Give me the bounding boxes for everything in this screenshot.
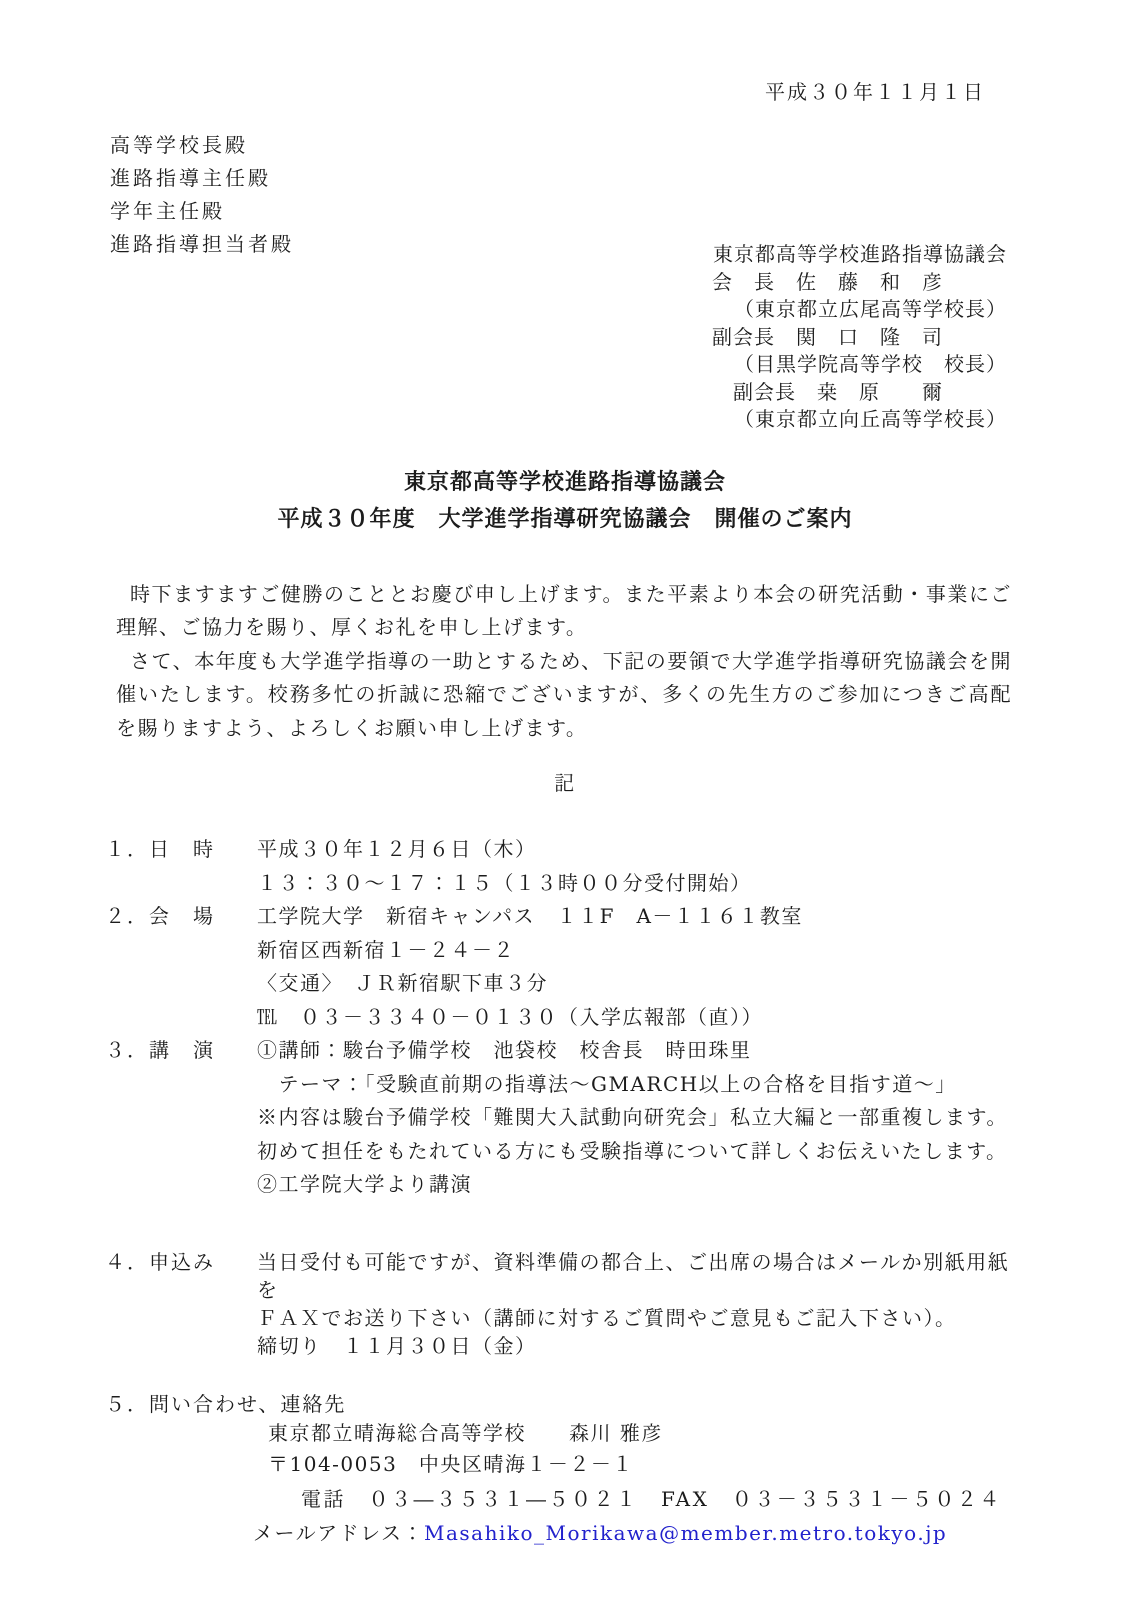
venue-address: 新宿区西新宿１－２４－２	[257, 934, 1030, 968]
item-label-lecture: ３．講 演	[105, 1034, 257, 1202]
list-item-datetime: １．日 時 平成３０年１２月６日（木） １３：３０～１７：１５（１３時００分受付…	[105, 833, 1130, 900]
greeting-paragraph-1: 時下ますますご健勝のこととお慶び申し上げます。また平素より本会の研究活動・事業に…	[116, 578, 1012, 645]
recipient-line: 高等学校長殿	[110, 129, 1130, 162]
venue-name: 工学院大学 新宿キャンパス １１F A－１１６１教室	[257, 900, 1030, 934]
lecture-note-1: ※内容は駿台予備学校「難関大入試動向研究会」私立大編と一部重複します。	[257, 1101, 1030, 1135]
item-content-datetime: 平成３０年１２月６日（木） １３：３０～１７：１５（１３時００分受付開始）	[257, 833, 1130, 900]
venue-tel: ℡ ０３－３３４０－０１３０（入学広報部（直））	[257, 1001, 1030, 1035]
list-item-contact: ５．問い合わせ、連絡先 東京都立晴海総合高等学校 森川 雅彦 〒104-0053…	[105, 1390, 1130, 1548]
datetime-hours: １３：３０～１７：１５（１３時００分受付開始）	[257, 867, 1030, 901]
lecture-speaker: ①講師：駿台予備学校 池袋校 校舎長 時田珠里	[257, 1034, 1030, 1068]
title-organization: 東京都高等学校進路指導協議会	[0, 464, 1130, 501]
item-label-application: ４．申込み	[105, 1248, 257, 1360]
application-line-2: ＦＡＸでお送り下さい（講師に対するご質問やご意見もご記入下さい）。	[257, 1304, 1030, 1332]
lecture-second: ②工学院大学より講演	[257, 1168, 1030, 1202]
document-title: 東京都高等学校進路指導協議会 平成３０年度 大学進学指導研究協議会 開催のご案内	[0, 464, 1130, 538]
item-content-application: 当日受付も可能ですが、資料準備の都合上、ご出席の場合はメールか別紙用紙を ＦＡＸ…	[257, 1248, 1130, 1360]
document-page: 平成３０年１１月１日 高等学校長殿 進路指導主任殿 学年主任殿 進路指導担当者殿…	[0, 0, 1130, 1600]
list-item-lecture: ３．講 演 ①講師：駿台予備学校 池袋校 校舎長 時田珠里 テーマ：「受験直前期…	[105, 1034, 1130, 1202]
lecture-note-2: 初めて担任をもたれている方にも受験指導について詳しくお伝えいたします。	[257, 1135, 1030, 1169]
lecture-theme: テーマ：「受験直前期の指導法～GMARCH以上の合格を目指す道～」	[257, 1068, 1030, 1102]
sender-vice-chairman2-affiliation: （東京都立向丘高等学校長）	[0, 406, 1007, 434]
list-item-venue: ２．会 場 工学院大学 新宿キャンパス １１F A－１１６１教室 新宿区西新宿１…	[105, 900, 1130, 1034]
sender-chairman-name: 会 長 佐 藤 和 彦	[0, 269, 1007, 297]
item-label-contact: ５．問い合わせ、連絡先	[105, 1390, 1130, 1419]
contact-email-line: メールアドレス：Masahiko_Morikawa@member.metro.t…	[253, 1519, 1130, 1548]
sender-vice-chairman-name: 副会長 関 口 隆 司	[0, 324, 1007, 352]
item-label-venue: ２．会 場	[105, 900, 257, 1034]
sender-block: 東京都高等学校進路指導協議会 会 長 佐 藤 和 彦 （東京都立広尾高等学校長）…	[0, 241, 1130, 434]
datetime-date: 平成３０年１２月６日（木）	[257, 833, 1030, 867]
contact-postal-address: 〒104-0053 中央区晴海１－２－１	[268, 1450, 1130, 1479]
item-content-lecture: ①講師：駿台予備学校 池袋校 校舎長 時田珠里 テーマ：「受験直前期の指導法～G…	[257, 1034, 1130, 1202]
email-address-link[interactable]: Masahiko_Morikawa@member.metro.tokyo.jp	[424, 1521, 947, 1545]
ki-marker: 記	[0, 767, 1130, 796]
contact-school-person: 東京都立晴海総合高等学校 森川 雅彦	[268, 1419, 1130, 1448]
recipient-line: 学年主任殿	[110, 195, 1130, 228]
application-line-1: 当日受付も可能ですが、資料準備の都合上、ご出席の場合はメールか別紙用紙を	[257, 1248, 1030, 1304]
detail-list: １．日 時 平成３０年１２月６日（木） １３：３０～１７：１５（１３時００分受付…	[105, 833, 1130, 1548]
sender-vice-chairman-affiliation: （目黒学院高等学校 校長）	[0, 351, 1007, 379]
application-deadline: 締切り １１月３０日（金）	[257, 1332, 1030, 1360]
recipient-line: 進路指導主任殿	[110, 162, 1130, 195]
contact-phone-fax: 電話 ０３―３５３１―５０２１ FAX ０３－３５３１－５０２４	[301, 1485, 1130, 1514]
greeting-paragraph-2: さて、本年度も大学進学指導の一助とするため、下記の要領で大学進学指導研究協議会を…	[116, 645, 1012, 746]
list-item-application: ４．申込み 当日受付も可能ですが、資料準備の都合上、ご出席の場合はメールか別紙用…	[105, 1248, 1130, 1360]
sender-vice-chairman2-name: 副会長 桒 原 爾	[0, 379, 1007, 407]
document-date: 平成３０年１１月１日	[0, 0, 1130, 105]
item-label-datetime: １．日 時	[105, 833, 257, 900]
sender-chairman-affiliation: （東京都立広尾高等学校長）	[0, 296, 1007, 324]
venue-access: 〈交通〉 ＪＲ新宿駅下車３分	[257, 967, 1030, 1001]
title-event: 平成３０年度 大学進学指導研究協議会 開催のご案内	[0, 501, 1130, 538]
item-content-venue: 工学院大学 新宿キャンパス １１F A－１１６１教室 新宿区西新宿１－２４－２ …	[257, 900, 1130, 1034]
email-label: メールアドレス：	[253, 1521, 424, 1545]
greeting-body: 時下ますますご健勝のこととお慶び申し上げます。また平素より本会の研究活動・事業に…	[116, 578, 1012, 746]
